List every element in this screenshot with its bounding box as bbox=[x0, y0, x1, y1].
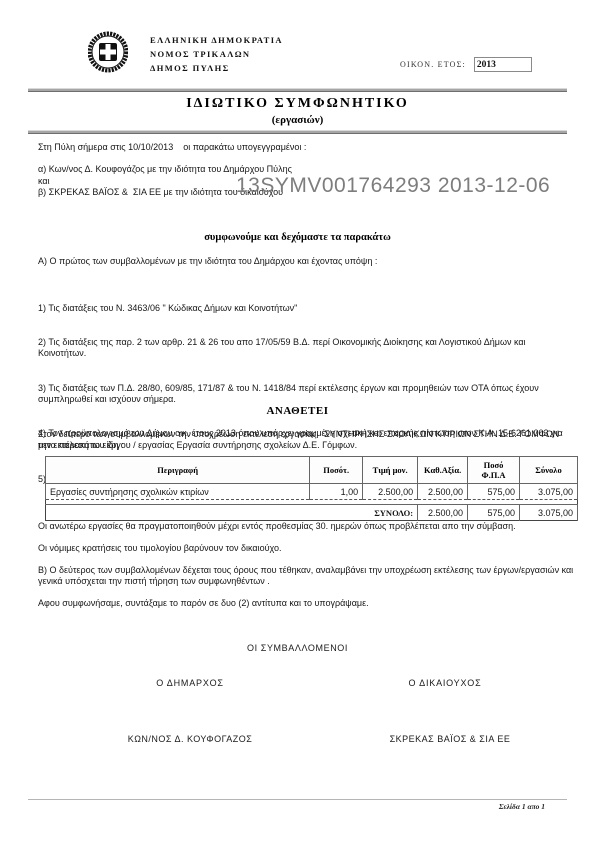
signatories-heading: ΟΙ ΣΥΜΒΑΛΛΟΜΕΝΟΙ bbox=[0, 643, 595, 653]
signature-role-beneficiary: Ο ΔΙΚΑΙΟΥΧΟΣ bbox=[365, 678, 525, 688]
term-closing: Αφου συμφωνήσαμε, συντάξαμε το παρόν σε … bbox=[38, 598, 575, 609]
col-header-vat: Ποσό Φ.Π.Α bbox=[468, 457, 520, 484]
cell-net-value: 2.500,00 bbox=[418, 484, 468, 500]
col-header-total: Σύνολο bbox=[520, 457, 578, 484]
org-header: ΕΛΛΗΝΙΚΗ ΔΗΜΟΚΡΑΤΙΑ ΝΟΜΟΣ ΤΡΙΚΑΛΩΝ ΔΗΜΟΣ… bbox=[150, 33, 283, 75]
signature-role-mayor: Ο ΔΗΜΑΡΧΟΣ bbox=[110, 678, 270, 688]
cell-total: 3.075,00 bbox=[520, 484, 578, 500]
page-number: Σελίδα 1 απο 1 bbox=[499, 802, 545, 811]
cell-vat: 575,00 bbox=[468, 484, 520, 500]
greek-coat-of-arms-icon bbox=[88, 31, 128, 73]
registry-watermark: 13SYMV001764293 2013-12-06 bbox=[236, 174, 586, 198]
col-header-net-value: Καθ.Αξία. bbox=[418, 457, 468, 484]
org-line-prefecture: ΝΟΜΟΣ ΤΡΙΚΑΛΩΝ bbox=[150, 47, 283, 61]
cell-qty: 1,00 bbox=[310, 484, 363, 500]
assignment-heading: ΑΝΑΘΕΤΕΙ bbox=[0, 405, 595, 417]
term-deductions: Οι νόμιμες κρατήσεις του τιμολογίου βαρύ… bbox=[38, 543, 575, 554]
intro-line: Στη Πύλη σήμερα στις 10/10/2013 οι παρακ… bbox=[38, 142, 575, 153]
col-header-description: Περιγραφή bbox=[46, 457, 310, 484]
term-deadline: Οι ανωτέρω εργασίες θα πραγματοποιηθούν … bbox=[38, 521, 575, 532]
signature-name-mayor: ΚΩΝ/ΝΟΣ Δ. ΚΟΥΦΟΓΑΖΟΣ bbox=[80, 734, 300, 744]
horizontal-rule-top bbox=[28, 88, 567, 92]
agreement-intro-a: Α) Ο πρώτος των συμβαλλομένων με την ιδι… bbox=[38, 256, 575, 267]
legal-item-3: 3) Τις διατάξεις των Π.Δ. 28/80, 609/85,… bbox=[38, 383, 575, 406]
col-header-qty: Ποσότ. bbox=[310, 457, 363, 484]
cell-unit-price: 2.500,00 bbox=[363, 484, 418, 500]
fiscal-year-input[interactable] bbox=[474, 57, 532, 72]
work-items-table: Περιγραφή Ποσότ. Τιμή μον. Καθ.Αξία. Ποσ… bbox=[45, 456, 578, 521]
agreement-heading: συμφωνούμε και δεχόμαστε τα παρακάτω bbox=[0, 232, 595, 243]
greek-coat-of-arms-icon bbox=[88, 31, 128, 73]
legal-item-2: 2) Τις διατάξεις της παρ. 2 των αρθρ. 21… bbox=[38, 337, 575, 360]
table-header-row: Περιγραφή Ποσότ. Τιμή μον. Καθ.Αξία. Ποσ… bbox=[46, 457, 578, 484]
table-total-row: ΣΥΝΟΛΟ: 2.500,00 575,00 3.075,00 bbox=[46, 505, 578, 521]
signature-name-beneficiary: ΣΚΡΕΚΑΣ ΒΑΪΟΣ & ΣΙΑ ΕΕ bbox=[340, 734, 560, 744]
col-header-unit-price: Τιμή μον. bbox=[363, 457, 418, 484]
org-line-country: ΕΛΛΗΝΙΚΗ ΔΗΜΟΚΡΑΤΙΑ bbox=[150, 33, 283, 47]
fiscal-year-group: ΟΙΚΟΝ. ΕΤΟΣ: bbox=[400, 57, 570, 72]
term-clause-b: Β) Ο δεύτερος των συμβαλλομένων δέχεται … bbox=[38, 565, 575, 588]
assignment-text: Στον δεύτερο των συμβαλλομένων την υποχρ… bbox=[38, 429, 575, 452]
cell-description: Εργασίες συντήρησης σχολικών κτιρίων bbox=[46, 484, 310, 500]
total-net-value: 2.500,00 bbox=[418, 505, 468, 521]
horizontal-rule-under-title bbox=[28, 130, 567, 134]
org-line-municipality: ΔΗΜΟΣ ΠΥΛΗΣ bbox=[150, 61, 283, 75]
document-subtitle: (εργασιών) bbox=[0, 114, 595, 126]
document-title: ΙΔΙΩΤΙΚΟ ΣΥΜΦΩΝΗΤΙΚΟ bbox=[0, 96, 595, 112]
legal-item-1: 1) Τις διατάξεις του Ν. 3463/06 " Κώδικα… bbox=[38, 303, 575, 314]
fiscal-year-label: ΟΙΚΟΝ. ΕΤΟΣ: bbox=[400, 60, 466, 69]
total-vat: 575,00 bbox=[468, 505, 520, 521]
footer-rule bbox=[28, 799, 567, 800]
document-page: ΕΛΛΗΝΙΚΗ ΔΗΜΟΚΡΑΤΙΑ ΝΟΜΟΣ ΤΡΙΚΑΛΩΝ ΔΗΜΟΣ… bbox=[0, 0, 595, 842]
total-label-cell: ΣΥΝΟΛΟ: bbox=[46, 505, 418, 521]
table-row: Εργασίες συντήρησης σχολικών κτιρίων 1,0… bbox=[46, 484, 578, 500]
total-grand: 3.075,00 bbox=[520, 505, 578, 521]
